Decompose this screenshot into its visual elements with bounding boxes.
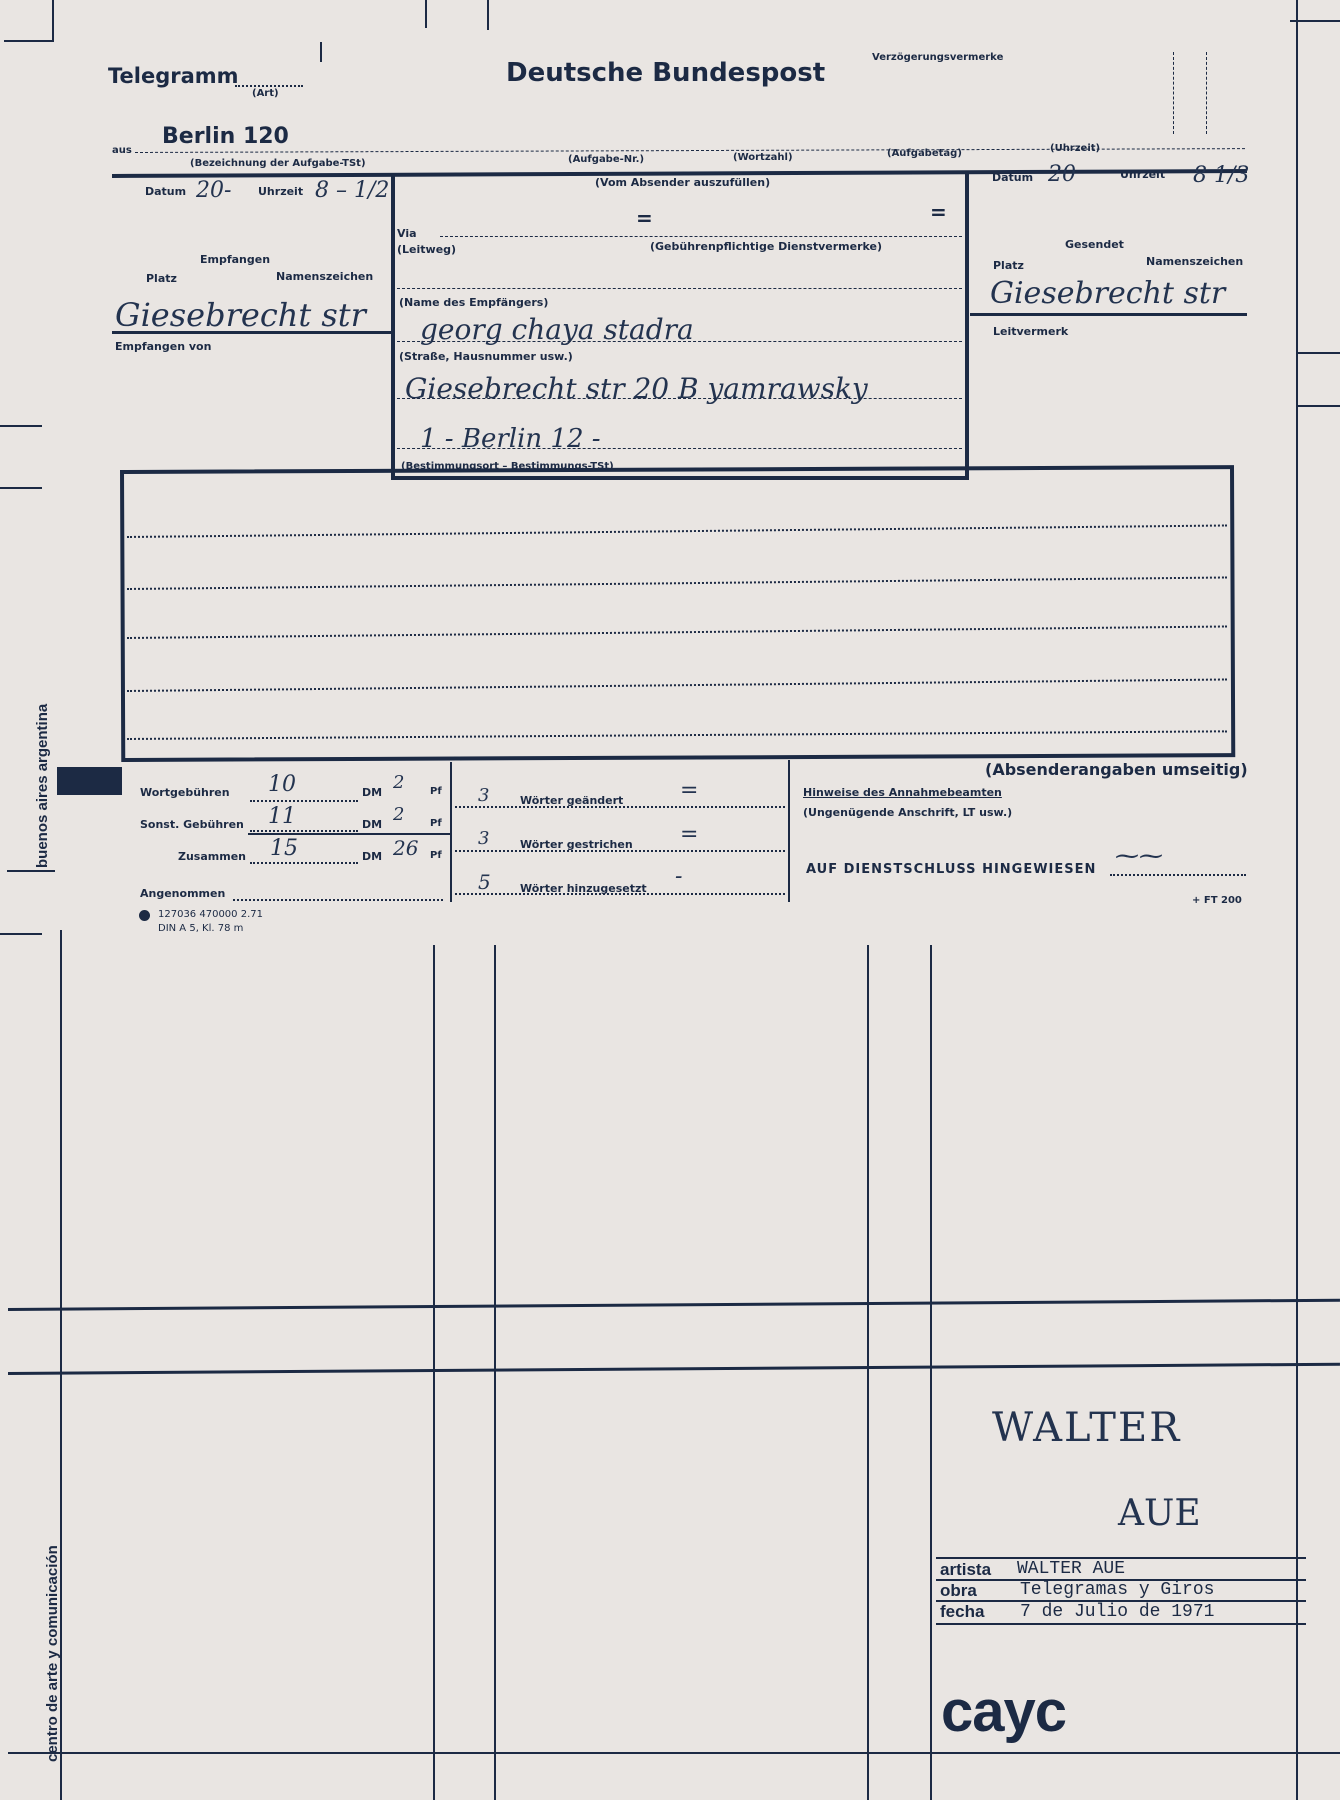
crop-mark bbox=[52, 0, 54, 41]
destination-value[interactable]: 1 - Berlin 12 - bbox=[420, 424, 601, 454]
sent-uhrzeit-label: Uhrzeit bbox=[1120, 168, 1165, 181]
fee-row-label: Wortgebühren bbox=[140, 786, 230, 799]
form-number: + FT 200 bbox=[1192, 895, 1242, 906]
origin-office[interactable]: Berlin 120 bbox=[162, 124, 289, 149]
grid-row-1 bbox=[8, 1299, 1340, 1311]
word-change-mark: = bbox=[680, 778, 698, 803]
fee-row-pf[interactable]: 2 bbox=[393, 804, 404, 825]
fee-row-label: Zusammen bbox=[178, 850, 246, 863]
fee-row-dm[interactable]: 11 bbox=[268, 804, 296, 829]
crop-mark bbox=[1290, 20, 1340, 22]
angenommen-field[interactable] bbox=[233, 899, 443, 901]
aus-label: aus bbox=[112, 145, 132, 156]
fee-row-pf[interactable]: 26 bbox=[393, 836, 418, 860]
word-change-mark: - bbox=[675, 864, 682, 889]
grid-col-1 bbox=[433, 945, 435, 1800]
fee-divider-1 bbox=[450, 762, 452, 902]
grid-col-4 bbox=[930, 945, 932, 1800]
aufgabe-nr-caption: (Aufgabe-Nr.) bbox=[568, 154, 644, 165]
fee-row-dotline bbox=[250, 862, 358, 864]
delay-mark-left bbox=[1173, 52, 1174, 134]
clerk-signature: ⁓⁓ bbox=[1115, 842, 1163, 870]
form-type-title: Telegramm bbox=[108, 64, 239, 88]
catalog-key-artista: artista bbox=[940, 1560, 991, 1580]
received-platz-label: Platz bbox=[146, 272, 177, 285]
sent-datum-value[interactable]: 20 bbox=[1048, 162, 1076, 187]
sidebar-institution: centro de arte y comunicación bbox=[44, 1545, 61, 1762]
sidebar-tick bbox=[7, 870, 55, 872]
fee-row-pf-label: Pf bbox=[430, 818, 442, 829]
street-value[interactable]: Giesebrecht str 20 B yamrawsky bbox=[405, 372, 868, 405]
destination-field bbox=[397, 448, 962, 449]
fee-row-pf[interactable]: 2 bbox=[393, 772, 404, 793]
fee-row-dotline bbox=[250, 830, 358, 832]
sent-uhrzeit-value[interactable]: 8 1/3 bbox=[1193, 163, 1249, 188]
grid-row-2 bbox=[8, 1363, 1340, 1375]
angenommen-label: Angenommen bbox=[140, 887, 225, 900]
print-format: DIN A 5, Kl. 78 m bbox=[158, 923, 243, 934]
print-code-icon bbox=[139, 910, 150, 921]
crop-mark bbox=[487, 0, 489, 30]
received-from-label: Empfangen von bbox=[115, 340, 211, 353]
wortzahl-caption: (Wortzahl) bbox=[733, 152, 793, 163]
sent-platz-label: Platz bbox=[993, 259, 1024, 272]
eq-mark-2: = bbox=[930, 200, 947, 224]
message-box[interactable] bbox=[120, 465, 1235, 762]
grid-row-bottom bbox=[8, 1752, 1340, 1754]
catalog-value-obra: Telegramas y Giros bbox=[1020, 1580, 1214, 1600]
word-change-line bbox=[455, 893, 785, 895]
catalog-value-artista: WALTER AUE bbox=[1017, 1559, 1125, 1579]
street-field bbox=[397, 398, 962, 399]
leitweg-label: (Leitweg) bbox=[397, 243, 456, 256]
black-tab-marker bbox=[57, 767, 122, 795]
word-change-line bbox=[455, 850, 785, 852]
artist-signature-line2: AUE bbox=[1118, 1493, 1201, 1534]
sent-namenszeichen-label: Namenszeichen bbox=[1146, 255, 1243, 268]
received-namenszeichen-label: Namenszeichen bbox=[276, 270, 373, 283]
sender-details-note: (Absenderangaben umseitig) bbox=[985, 760, 1248, 779]
fee-row-pf-label: Pf bbox=[430, 850, 442, 861]
sender-caption: (Vom Absender auszufüllen) bbox=[595, 176, 770, 189]
uhrzeit-caption: (Uhrzeit) bbox=[1050, 143, 1100, 154]
sent-section-label: Gesendet bbox=[1065, 238, 1124, 251]
crop-mark bbox=[0, 933, 42, 935]
fee-row-dm[interactable]: 15 bbox=[270, 836, 298, 861]
word-change-count[interactable]: 3 bbox=[478, 785, 489, 806]
aufgabetag-caption: (Aufgabetag) bbox=[887, 148, 962, 159]
street-label: (Straße, Hausnummer usw.) bbox=[399, 350, 573, 363]
art-caption: (Art) bbox=[252, 88, 279, 99]
crop-mark bbox=[4, 40, 54, 42]
fee-notes-label: (Gebührenpflichtige Dienstvermerke) bbox=[650, 240, 882, 253]
grid-col-3 bbox=[867, 945, 869, 1800]
via-label: Via bbox=[397, 227, 417, 240]
fee-row-dm[interactable]: 10 bbox=[268, 772, 296, 797]
received-uhrzeit-value[interactable]: 8 – 1/2 bbox=[315, 178, 389, 203]
catalog-key-fecha: fecha bbox=[940, 1602, 984, 1622]
delay-mark-right bbox=[1206, 52, 1207, 134]
crop-mark bbox=[0, 487, 42, 489]
via-field[interactable] bbox=[440, 236, 962, 237]
received-datum-label: Datum bbox=[145, 185, 186, 198]
recipient-name-field bbox=[397, 341, 962, 342]
fee-notes-field[interactable] bbox=[397, 288, 962, 289]
catalog-rule bbox=[936, 1623, 1306, 1625]
sheet-right-border bbox=[1296, 0, 1298, 1800]
fee-row-dm-label: DM bbox=[362, 850, 382, 863]
fee-row-pf-label: Pf bbox=[430, 786, 442, 797]
received-handwritten-place[interactable]: Giesebrecht str bbox=[115, 296, 366, 334]
fee-row-dm-label: DM bbox=[362, 786, 382, 799]
word-change-line bbox=[455, 806, 785, 808]
sent-datum-label: Datum bbox=[992, 171, 1033, 184]
word-change-count[interactable]: 5 bbox=[478, 870, 491, 894]
sidebar-city-country: buenos aires argentina bbox=[34, 704, 51, 868]
crop-mark bbox=[1296, 405, 1340, 407]
crop-mark bbox=[425, 0, 427, 28]
fee-row-label: Sonst. Gebühren bbox=[140, 818, 244, 831]
clerk-notes-sub: (Ungenügende Anschrift, LT usw.) bbox=[803, 806, 1012, 819]
word-change-mark: = bbox=[680, 822, 698, 847]
origin-caption: (Bezeichnung der Aufgabe-TSt) bbox=[190, 158, 366, 169]
received-section-label: Empfangen bbox=[200, 253, 270, 266]
authority-title: Deutsche Bundespost bbox=[506, 58, 825, 88]
fee-divider-2 bbox=[788, 760, 790, 902]
crop-mark bbox=[320, 42, 322, 62]
print-code: 127036 470000 2.71 bbox=[158, 909, 263, 920]
crop-mark bbox=[0, 425, 42, 427]
grid-col-2 bbox=[494, 945, 496, 1800]
fee-sum-rule bbox=[248, 833, 450, 835]
eq-mark-1: = bbox=[636, 206, 653, 230]
catalog-value-fecha: 7 de Julio de 1971 bbox=[1020, 1602, 1214, 1622]
catalog-key-obra: obra bbox=[940, 1581, 977, 1601]
recipient-name-label: (Name des Empfängers) bbox=[399, 296, 548, 309]
art-field[interactable] bbox=[235, 85, 303, 87]
word-change-count[interactable]: 3 bbox=[478, 828, 489, 849]
received-underline bbox=[112, 331, 392, 334]
leitvermerk-label: Leitvermerk bbox=[993, 325, 1068, 338]
sent-underline bbox=[970, 313, 1247, 316]
closing-notice: AUF DIENSTSCHLUSS HINGEWIESEN bbox=[806, 862, 1096, 877]
received-datum-value[interactable]: 20- bbox=[196, 178, 231, 203]
crop-mark bbox=[1296, 352, 1340, 354]
received-uhrzeit-label: Uhrzeit bbox=[258, 185, 303, 198]
fee-row-dm-label: DM bbox=[362, 818, 382, 831]
clerk-signature-line bbox=[1110, 874, 1246, 876]
delay-notes-label: Verzögerungsvermerke bbox=[872, 52, 1003, 63]
artist-signature-line1: WALTER bbox=[992, 1405, 1181, 1451]
fee-row-dotline bbox=[250, 800, 358, 802]
clerk-notes-title: Hinweise des Annahmebeamten bbox=[803, 786, 1002, 799]
sent-handwritten-place[interactable]: Giesebrecht str bbox=[990, 276, 1225, 311]
cayc-logo: cayc bbox=[941, 1678, 1066, 1745]
